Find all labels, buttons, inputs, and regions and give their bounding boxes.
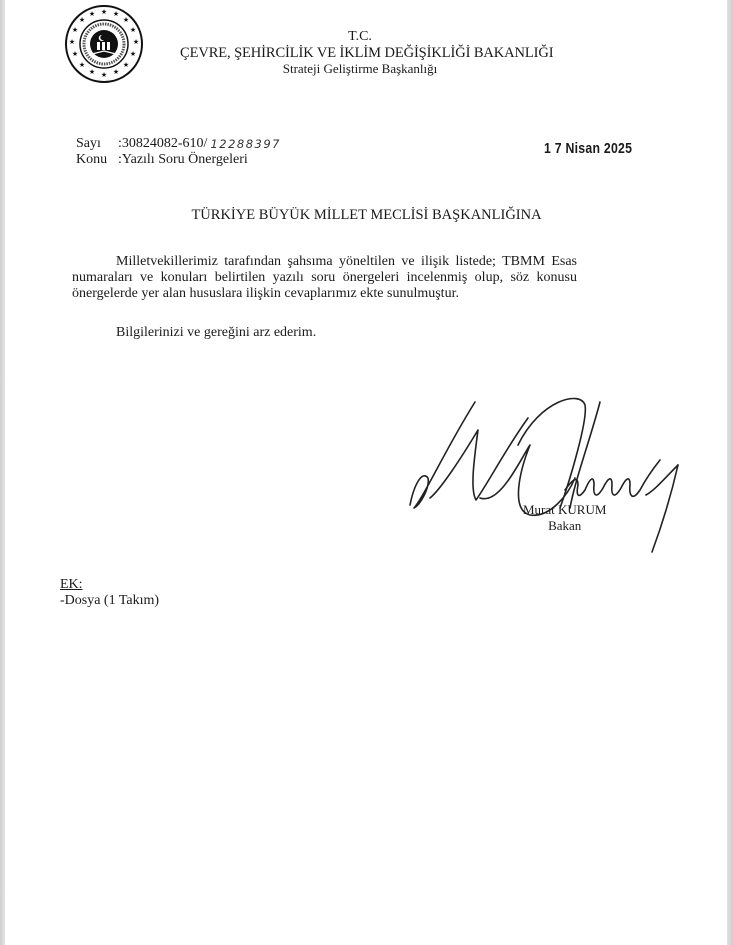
- reference-number-row: Sayı :30824082-610/ 12288397: [76, 136, 281, 152]
- closing-line: Bilgilerinizi ve gereğini arz ederim.: [116, 325, 316, 341]
- svg-text:★: ★: [72, 50, 78, 58]
- page-edge-right: [727, 0, 733, 945]
- svg-text:★: ★: [89, 68, 95, 76]
- svg-text:★: ★: [101, 71, 107, 79]
- svg-text:★: ★: [123, 16, 129, 24]
- svg-text:★: ★: [113, 10, 119, 18]
- department-name: Strateji Geliştirme Başkanlığı: [180, 61, 540, 77]
- subject-row: Konu :Yazılı Soru Önergeleri: [76, 152, 281, 168]
- body-paragraph: Milletvekillerimiz tarafından şahsıma yö…: [72, 254, 577, 302]
- svg-text:★: ★: [79, 61, 85, 69]
- svg-text:★: ★: [133, 38, 139, 46]
- letter-body: Milletvekillerimiz tarafından şahsıma yö…: [72, 254, 577, 302]
- svg-text:★: ★: [130, 50, 136, 58]
- reference-number-value: :30824082-610/: [118, 136, 207, 152]
- svg-text:★: ★: [113, 68, 119, 76]
- attachments: EK: -Dosya (1 Takım): [60, 577, 159, 609]
- signatory-name: Murat KURUM: [523, 502, 606, 518]
- svg-text:★: ★: [79, 16, 85, 24]
- reference-number-handwritten: 12288397: [210, 136, 281, 152]
- recipient: TÜRKİYE BÜYÜK MİLLET MECLİSİ BAŞKANLIĞIN…: [0, 207, 733, 224]
- ministry-name: ÇEVRE, ŞEHİRCİLİK VE İKLİM DEĞİŞİKLİĞİ B…: [180, 45, 540, 61]
- letterhead: T.C. ÇEVRE, ŞEHİRCİLİK VE İKLİM DEĞİŞİKL…: [180, 29, 540, 77]
- document-date-stamp: 1 7 Nisan 2025: [544, 140, 632, 157]
- page-edge-left: [0, 0, 5, 945]
- attachments-label: EK:: [60, 577, 159, 593]
- attachment-item: -Dosya (1 Takım): [60, 593, 159, 609]
- signatory: Murat KURUM Bakan: [523, 502, 606, 534]
- svg-text:★: ★: [89, 10, 95, 18]
- subject-label: Konu: [76, 152, 118, 168]
- signatory-title: Bakan: [523, 518, 606, 534]
- svg-text:★: ★: [72, 26, 78, 34]
- document-meta: Sayı :30824082-610/ 12288397 Konu :Yazıl…: [76, 136, 281, 168]
- handwritten-signature-icon: [400, 390, 700, 560]
- svg-text:★: ★: [69, 38, 75, 46]
- reference-number-label: Sayı: [76, 136, 118, 152]
- country-abbrev: T.C.: [180, 29, 540, 45]
- subject-value: :Yazılı Soru Önergeleri: [118, 152, 248, 168]
- svg-text:★: ★: [101, 8, 107, 16]
- svg-text:★: ★: [123, 61, 129, 69]
- ministry-seal-icon: ★★★ ★★★ ★★★ ★★★ ★★★ ★: [64, 4, 144, 84]
- svg-text:★: ★: [130, 26, 136, 34]
